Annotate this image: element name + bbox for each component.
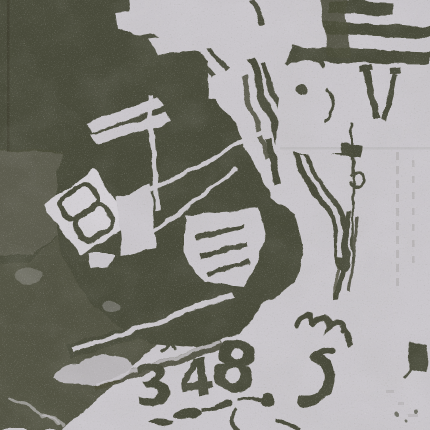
artwork-image: 3 4 8 (0, 0, 430, 430)
texture-layer (0, 0, 430, 430)
silkscreen-crash-print: 3 4 8 (0, 0, 430, 430)
